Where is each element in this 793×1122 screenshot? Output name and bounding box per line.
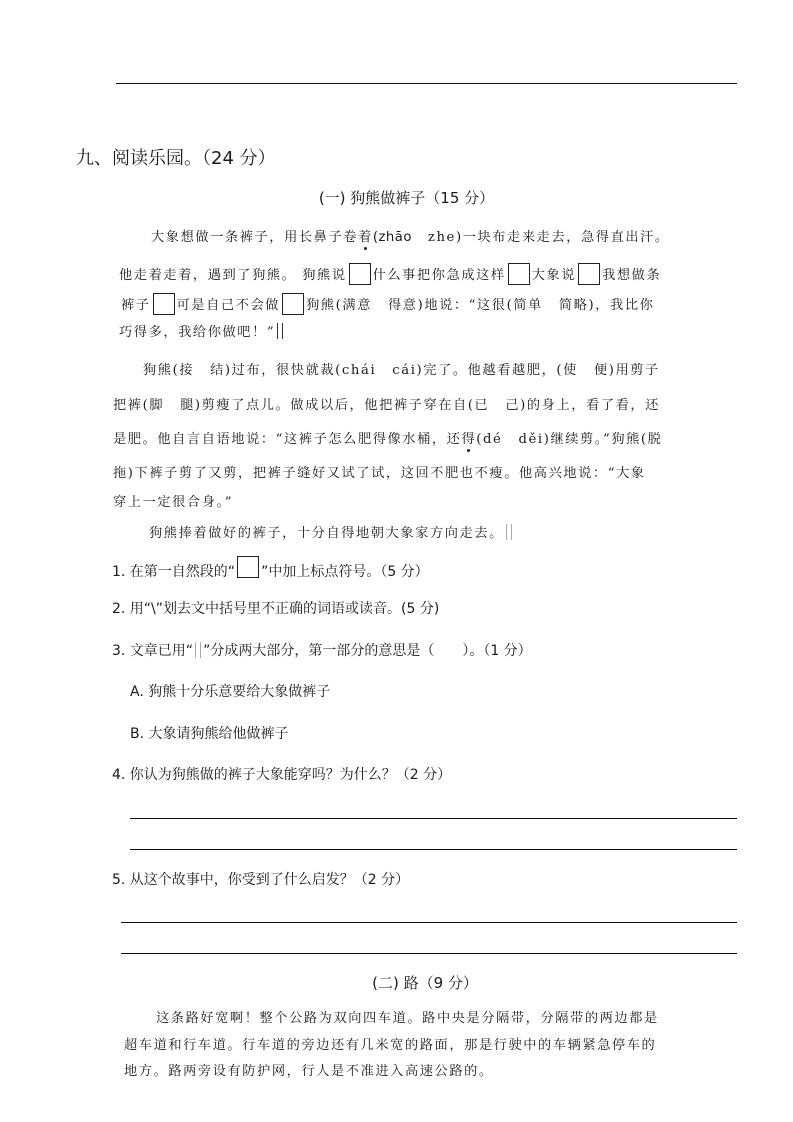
p1-line4: 巧得多，我给你做吧！”	[119, 321, 285, 340]
question-4: 4. 你认为狗熊做的裤子大象能穿吗？为什么？（2 分）	[112, 764, 451, 784]
punctuation-box[interactable]	[578, 263, 600, 285]
text: 狗熊(满意	[306, 298, 372, 313]
option-b[interactable]: B. 大象请狗熊给他做裤子	[130, 723, 289, 743]
question-3: 3. 文章已用“”分成两大部分，第一部分的意思是（ ）。（1 分）	[112, 640, 532, 660]
text: 裤子	[121, 298, 151, 313]
divider-mark	[277, 323, 278, 339]
p1-line1: 大象想做一条裤子，用长鼻子卷着(zhāozhe)一块布走来走去，急得直出汗。	[151, 226, 670, 245]
p1-line2: 他走着走着，遇到了狗熊。 狗熊说什么事把你急成这样大象说我想做条	[119, 263, 661, 285]
text: 得意)地说：“这很(简单	[388, 298, 543, 313]
text: 大象说	[532, 268, 576, 283]
p1-line3: 裤子可是自己不会做狗熊(满意得意)地说：“这很(简单简略)，我比你	[121, 293, 654, 315]
text: děi)继续剪。”狗熊(脱	[518, 432, 662, 447]
divider-mark	[195, 642, 196, 658]
text: 结)过布，很快就裁(chái	[210, 363, 376, 378]
p2-line3: 是肥。他自言自语地说：“这裤子怎么肥得像水桶，还得(déděi)继续剪。”狗熊(…	[113, 428, 662, 447]
divider-mark	[506, 524, 507, 540]
text: 他走着走着，遇到了狗熊。 狗熊说	[119, 268, 347, 283]
text: 大象想做一条裤子，用长鼻子卷	[151, 230, 358, 245]
punctuation-box[interactable]	[282, 293, 304, 315]
passage2-title: (二) 路（9 分）	[0, 972, 793, 993]
divider-mark	[282, 323, 283, 339]
answer-line-q5-2[interactable]	[121, 953, 737, 954]
punctuation-box[interactable]	[153, 293, 175, 315]
text: zhe)一块布走来走去，急得直出汗。	[428, 230, 670, 245]
text: ”分成两大部分，第一部分的意思是（ ）。（1 分）	[203, 643, 532, 659]
emphasis-char: 着	[358, 230, 373, 245]
answer-line-q4-1[interactable]	[130, 818, 737, 819]
p4-line1: 这条路好宽啊！整个公路为双向四车道。路中央是分隔带，分隔带的两边都是	[156, 1007, 659, 1026]
p2-line1: 狗熊(接结)过布，很快就裁(cháicái)完了。他越看越肥，(使便)用剪子	[143, 359, 660, 378]
question-2: 2. 用“\”划去文中括号里不正确的词语或读音。(5 分)	[112, 598, 439, 618]
punctuation-box[interactable]	[349, 263, 371, 285]
text: 简略)，我比你	[559, 298, 654, 313]
text: 什么事把你急成这样	[373, 268, 506, 283]
text: 狗熊捧着做好的裤子，十分自得地朝大象家方向走去。	[149, 526, 504, 541]
question-1: 1. 在第一自然段的“”中加上标点符号。（5 分）	[112, 556, 429, 581]
text: 可是自己不会做	[177, 298, 281, 313]
p4-line3: 地方。路两旁设有防护网，行人是不准进入高速公路的。	[124, 1060, 494, 1079]
answer-line-top[interactable]	[116, 83, 737, 84]
box-sample-icon	[237, 556, 259, 578]
text: 是肥。他自言自语地说：“这裤子怎么肥得像水桶，还	[113, 432, 461, 447]
passage1-title: (一) 狗熊做裤子（15 分）	[0, 187, 793, 208]
text: 巧得多，我给你做吧！”	[119, 325, 275, 340]
text: 1. 在第一自然段的“	[112, 564, 235, 580]
text: 3. 文章已用“	[112, 643, 193, 659]
section-title: 九、阅读乐园。（24 分）	[76, 144, 276, 170]
text: 便)用剪子	[594, 363, 660, 378]
text: 狗熊(接	[143, 363, 194, 378]
p2-line4: 拖)下裤子剪了又剪，把裤子缝好又试了试，这回不肥也不瘦。他高兴地说：“大象	[113, 462, 646, 481]
text: 腿)剪瘦了点儿。做成以后，他把裤子穿在自(已	[180, 398, 489, 413]
text: cái)完了。他越看越肥，(使	[392, 363, 578, 378]
question-5: 5. 从这个故事中，你受到了什么启发？（2 分）	[112, 869, 409, 889]
text: ”中加上标点符号。（5 分）	[261, 564, 429, 580]
answer-line-q5-1[interactable]	[121, 922, 737, 923]
emphasis-char: 得	[461, 432, 476, 447]
text: 穿上一定很合身。”	[113, 495, 233, 510]
punctuation-box[interactable]	[508, 263, 530, 285]
text: (dé	[476, 432, 502, 447]
p2-line5: 穿上一定很合身。”	[113, 491, 233, 510]
divider-mark	[200, 642, 201, 658]
answer-line-q4-2[interactable]	[130, 849, 737, 850]
text: 把裤(脚	[113, 398, 164, 413]
text: 拖)下裤子剪了又剪，把裤子缝好又试了试，这回不肥也不瘦。他高兴地说：“大象	[113, 466, 646, 481]
text: 我想做条	[602, 268, 661, 283]
p3-line: 狗熊捧着做好的裤子，十分自得地朝大象家方向走去。	[149, 522, 514, 541]
text: 己)的身上，看了看，还	[505, 398, 660, 413]
p4-line2: 超车道和行车道。行车道的旁边还有几米宽的路面，那是行驶中的车辆紧急停车的	[124, 1034, 656, 1053]
p2-line2: 把裤(脚腿)剪瘦了点儿。做成以后，他把裤子穿在自(已己)的身上，看了看，还	[113, 394, 660, 413]
divider-mark	[511, 524, 512, 540]
option-a[interactable]: A. 狗熊十分乐意要给大象做裤子	[130, 681, 330, 701]
pinyin-option: (zhāo	[373, 230, 412, 245]
